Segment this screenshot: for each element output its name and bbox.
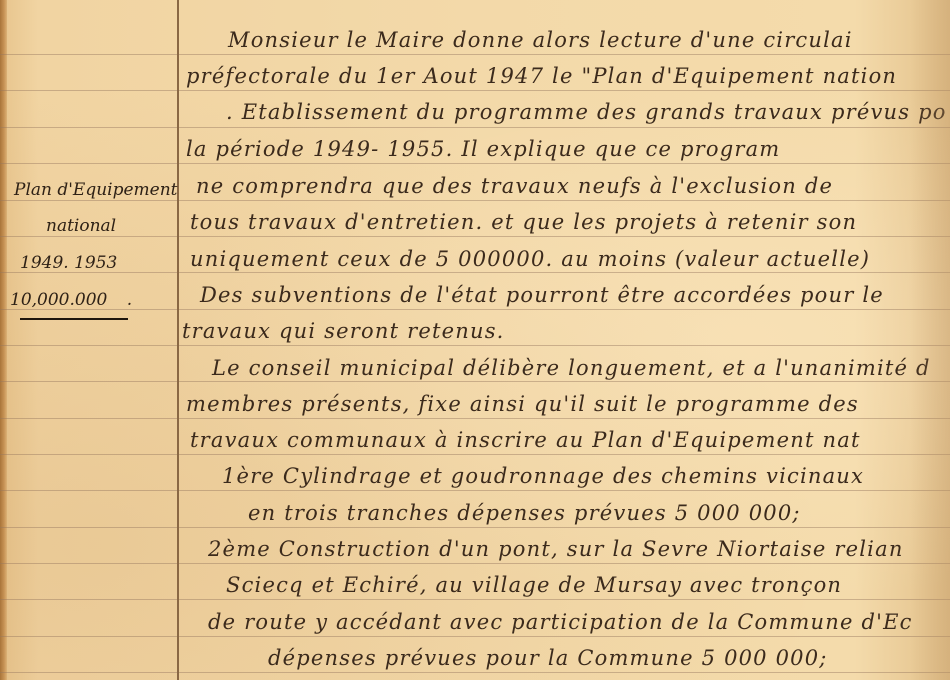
ruled-line	[0, 236, 950, 237]
page-binding-edge	[0, 0, 7, 680]
body-line-11: membres présents, fixe ainsi qu'il suit …	[186, 392, 859, 416]
body-line-10: Le conseil municipal délibère longuement…	[212, 356, 931, 380]
ruled-line	[0, 599, 950, 600]
body-line-5: ne comprendra que des travaux neufs à l'…	[196, 174, 833, 198]
ruled-line	[0, 563, 950, 564]
margin-note-title: Plan d'Equipement	[14, 180, 178, 200]
page-gutter-shadow	[910, 0, 950, 680]
margin-rule	[177, 0, 179, 680]
margin-note-amount-value: 10,000.000	[10, 290, 107, 310]
margin-note-amount: 10,000.000 .	[10, 290, 132, 310]
ruled-line	[0, 454, 950, 455]
ruled-line	[0, 54, 950, 55]
ruled-line	[0, 490, 950, 491]
ruled-line	[0, 636, 950, 637]
body-line-13-item-1: 1ère Cylindrage et goudronnage des chemi…	[222, 464, 864, 488]
ruled-line	[0, 163, 950, 164]
body-line-12: travaux communaux à inscrire au Plan d'E…	[190, 428, 861, 452]
margin-note-underline	[20, 318, 128, 320]
ruled-line	[0, 672, 950, 673]
body-line-15-item-2: 2ème Construction d'un pont, sur la Sevr…	[208, 537, 904, 561]
body-line-9: travaux qui seront retenus.	[182, 319, 505, 343]
register-page: Plan d'Equipement national 1949. 1953 10…	[0, 0, 950, 680]
ruled-line	[0, 127, 950, 128]
ruled-line	[0, 200, 950, 201]
margin-note-amount-period: .	[127, 290, 132, 310]
margin-note-years: 1949. 1953	[20, 253, 117, 273]
ruled-line	[0, 527, 950, 528]
body-line-4: la période 1949- 1955. Il explique que c…	[186, 137, 780, 161]
body-line-18: dépenses prévues pour la Commune 5 000 0…	[268, 646, 828, 670]
body-line-6: tous travaux d'entretien. et que les pro…	[190, 210, 857, 234]
body-line-7: uniquement ceux de 5 000000. au moins (v…	[190, 247, 870, 271]
body-line-1: Monsieur le Maire donne alors lecture d'…	[228, 28, 853, 52]
body-line-2: préfectorale du 1er Aout 1947 le "Plan d…	[186, 64, 897, 88]
ruled-line	[0, 418, 950, 419]
body-line-3: . Etablissement du programme des grands …	[226, 100, 947, 124]
ruled-line	[0, 90, 950, 91]
ruled-line	[0, 345, 950, 346]
margin-note-national: national	[46, 216, 116, 236]
ruled-line	[0, 272, 950, 273]
ruled-line	[0, 309, 950, 310]
body-line-14: en trois tranches dépenses prévues 5 000…	[248, 501, 801, 525]
body-line-8: Des subventions de l'état pourront être …	[200, 283, 884, 307]
body-line-16: Sciecq et Echiré, au village de Mursay a…	[226, 573, 842, 597]
body-line-17: de route y accédant avec participation d…	[208, 610, 913, 634]
ruled-line	[0, 381, 950, 382]
